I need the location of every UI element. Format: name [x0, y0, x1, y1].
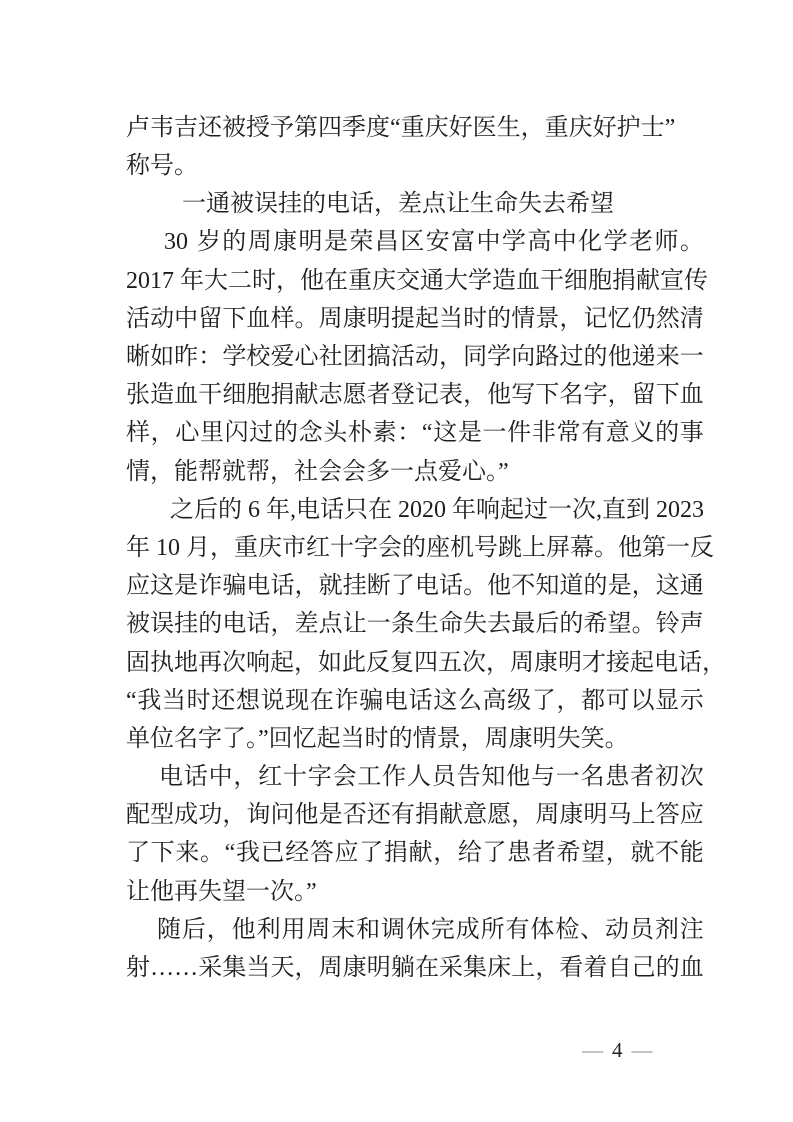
text-line: 2017 年大二时，他在重庆交通大学造血干细胞捐献宣传 [126, 262, 704, 300]
text-line: 称号。 [126, 147, 704, 185]
text-line: 应这是诈骗电话，就挂断了电话。他不知道的是，这通 [126, 567, 704, 605]
text-line: 张造血干细胞捐献志愿者登记表，他写下名字，留下血 [126, 376, 704, 414]
page-number: 4 [612, 1038, 623, 1063]
text-line: 电话中，红十字会工作人员告知他与一名患者初次 [126, 758, 704, 796]
footer-dash: — [582, 1038, 603, 1063]
text-line: 一通被误挂的电话，差点让生命失去希望 [126, 185, 704, 223]
page-footer: — 4 — [582, 1036, 653, 1064]
text-line: 随后，他利用周末和调休完成所有体检、动员剂注 [126, 911, 704, 949]
text-line: “我当时还想说现在诈骗电话这么高级了，都可以显示 [126, 682, 704, 720]
text-line: 活动中留下血样。周康明提起当时的情景，记忆仍然清 [126, 300, 704, 338]
document-page: 卢韦吉还被授予第四季度“重庆好医生，重庆好护士”称号。一通被误挂的电话，差点让生… [0, 0, 793, 1122]
text-line: 被误挂的电话，差点让一条生命失去最后的希望。铃声 [126, 605, 704, 643]
text-line: 射……采集当天，周康明躺在采集床上，看着自己的血 [126, 949, 704, 987]
text-line: 样，心里闪过的念头朴素：“这是一件非常有意义的事 [126, 415, 704, 453]
text-line: 固执地再次响起，如此反复四五次，周康明才接起电话， [126, 644, 704, 682]
text-line: 之后的 6 年,电话只在 2020 年响起过一次,直到 2023 [126, 491, 704, 529]
text-line: 了下来。“我已经答应了捐献，给了患者希望，就不能 [126, 835, 704, 873]
footer-dash: — [632, 1038, 653, 1063]
text-line: 晰如昨：学校爱心社团搞活动，同学向路过的他递来一 [126, 338, 704, 376]
text-line: 30 岁的周康明是荣昌区安富中学高中化学老师。 [126, 224, 704, 262]
text-line: 卢韦吉还被授予第四季度“重庆好医生，重庆好护士” [126, 109, 704, 147]
text-line: 单位名字了。”回忆起当时的情景，周康明失笑。 [126, 720, 704, 758]
text-line: 配型成功，询问他是否还有捐献意愿，周康明马上答应 [126, 796, 704, 834]
text-line: 情，能帮就帮，社会会多一点爱心。” [126, 453, 704, 491]
body-text: 卢韦吉还被授予第四季度“重庆好医生，重庆好护士”称号。一通被误挂的电话，差点让生… [126, 109, 704, 987]
text-line: 让他再失望一次。” [126, 873, 704, 911]
text-line: 年 10 月，重庆市红十字会的座机号跳上屏幕。他第一反 [126, 529, 704, 567]
